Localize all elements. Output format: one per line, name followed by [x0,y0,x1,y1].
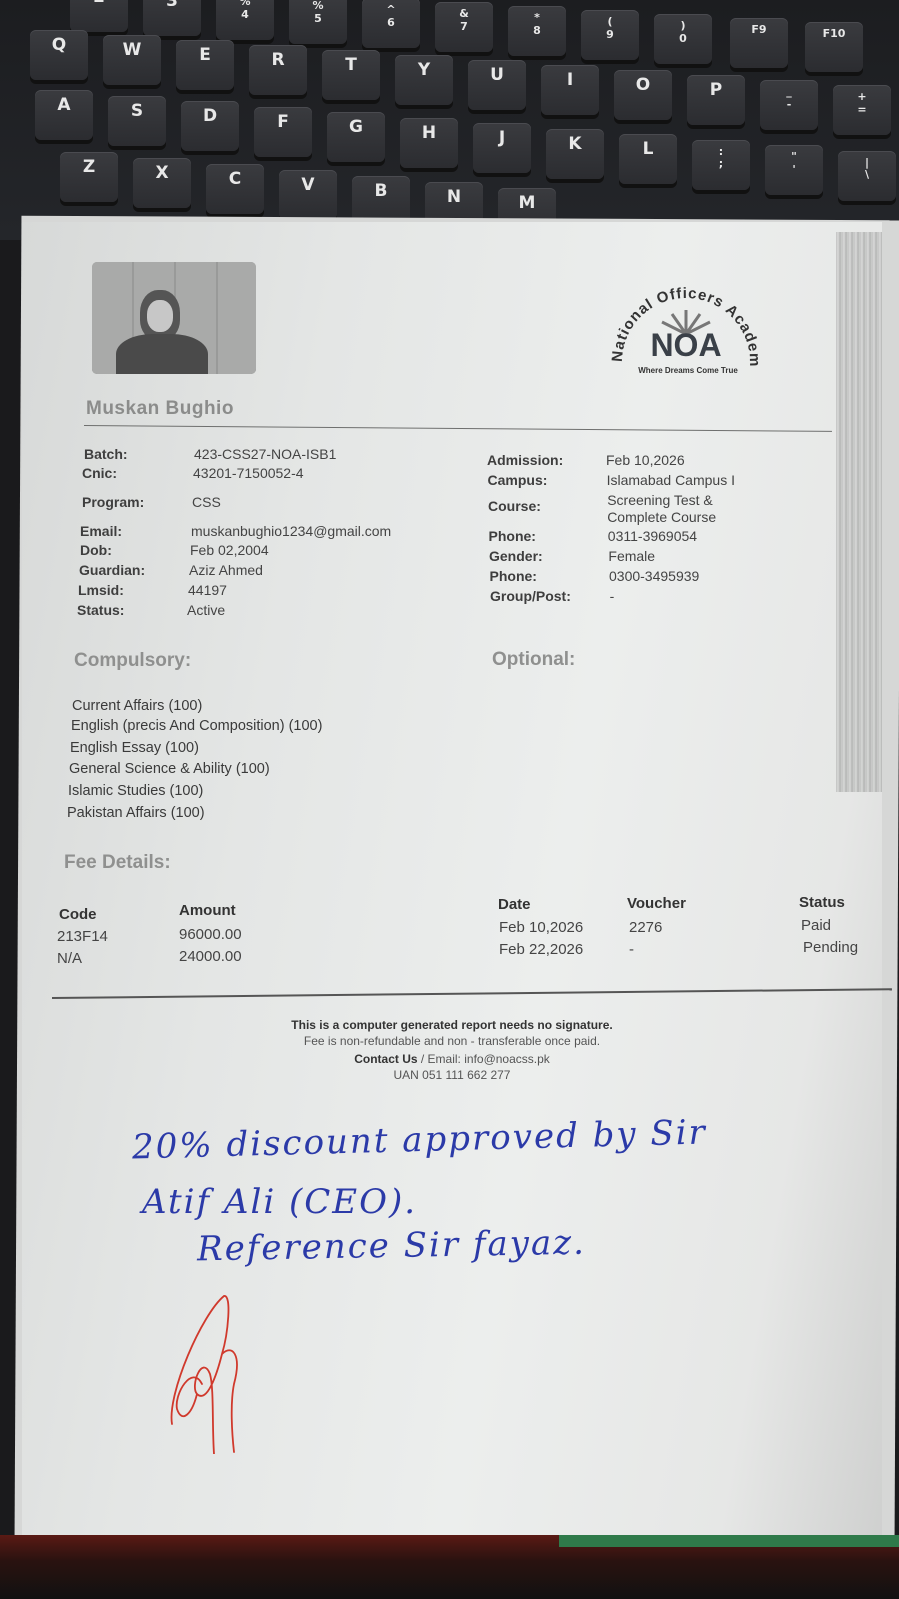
keyboard-key: F [254,107,312,157]
detail-label: Email: [80,523,122,539]
fee-cell-voucher: 2276 [629,919,662,936]
detail-label: Guardian: [79,562,145,578]
noa-logo: National Officers Academy NOA Where Drea… [600,270,760,390]
detail-value: Screening Test & Complete Course [607,492,716,526]
fee-column-voucher: Voucher [627,895,686,912]
keyboard-key: H [400,118,458,168]
keyboard-key: 2 [70,0,128,32]
keyboard-key: Y [395,55,453,105]
detail-label: Phone: [490,568,537,584]
detail-value: 0300-3495939 [609,568,699,585]
compulsory-subject: Islamic Studies (100) [68,783,203,799]
logo-tagline: Where Dreams Come True [638,366,738,375]
fee-column-date: Date [498,896,531,913]
keyboard-background: 23% 4% 5^ 6& 7* 8( 9) 0F9F10QWERTYUIOP_ … [0,0,899,240]
fee-cell-status: Pending [803,939,858,956]
keyboard-key: : ; [692,140,750,190]
keyboard-key: & 7 [435,2,493,52]
detail-value: Aziz Ahmed [189,562,263,578]
keyboard-key: I [541,65,599,115]
detail-value: Female [608,548,655,565]
fee-details-heading: Fee Details: [64,852,171,874]
keyboard-key: F10 [805,22,863,72]
detail-value: Active [187,602,225,618]
keyboard-key: % 4 [216,0,274,40]
fee-cell-date: Feb 22,2026 [499,941,583,958]
contact-email: / Email: info@noacss.pk [418,1052,550,1066]
detail-label: Status: [77,602,124,618]
keyboard-key: S [108,96,166,146]
detail-value: CSS [192,494,221,510]
detail-label: Phone: [489,528,536,544]
detail-label: Dob: [80,542,112,558]
compulsory-subject: English Essay (100) [70,740,199,756]
keyboard-key: K [546,129,604,179]
optional-heading: Optional: [492,649,575,671]
detail-value: - [610,588,615,605]
keyboard-key: D [181,101,239,151]
keyboard-key: ^ 6 [362,0,420,48]
keyboard-key: | \ [838,151,896,201]
detail-value: 0311-3969054 [608,528,697,545]
keyboard-key: O [614,70,672,120]
contact-label: Contact Us [354,1052,417,1066]
fee-cell-code: 213F14 [57,928,108,945]
keyboard-key: ( 9 [581,10,639,60]
fee-column-status: Status [799,894,845,911]
keyboard-key: W [103,35,161,85]
keyboard-key: _ - [760,80,818,130]
keyboard-key: A [35,90,93,140]
keyboard-key: X [133,158,191,208]
keyboard-key: Z [60,152,118,202]
fee-cell-amount: 96000.00 [179,926,242,943]
detail-label: Admission: [487,452,563,468]
name-divider [84,425,832,432]
compulsory-subject: Current Affairs (100) [72,698,202,714]
keyboard-key: R [249,45,307,95]
keyboard-key: C [206,164,264,214]
compulsory-subject: English (precis And Composition) (100) [71,718,322,734]
keyboard-key: P [687,75,745,125]
detail-label: Lmsid: [78,582,124,598]
detail-label: Batch: [84,446,128,462]
detail-value: 423-CSS27-NOA-ISB1 [194,446,336,462]
keyboard-key: L [619,134,677,184]
keyboard-key: * 8 [508,6,566,56]
keyboard-key: T [322,50,380,100]
detail-label: Cnic: [82,465,117,481]
student-name: Muskan Bughio [86,398,234,420]
keyboard-key: V [279,170,337,220]
footer-uan: UAN 051 111 662 277 [22,1068,882,1082]
student-report-sheet: National Officers Academy NOA Where Drea… [22,222,882,1542]
detail-label: Group/Post: [490,588,571,604]
fee-cell-code: N/A [57,950,82,967]
keyboard-key: % 5 [289,0,347,44]
fee-cell-status: Paid [801,917,831,934]
keyboard-key: ) 0 [654,14,712,64]
handwritten-note-line-1: 20% discount approved by Sir [132,1112,708,1167]
footer-contact: Contact Us / Email: info@noacss.pk [22,1052,882,1066]
keyboard-key: Q [30,30,88,80]
detail-value: muskanbughio1234@gmail.com [191,523,391,539]
student-photo [92,262,256,374]
fee-column-code: Code [59,906,97,923]
detail-value: 43201-7150052-4 [193,465,304,481]
detail-label: Campus: [488,472,548,488]
detail-value: 44197 [188,582,227,598]
keyboard-key: E [176,40,234,90]
compulsory-heading: Compulsory: [74,650,191,672]
fee-column-amount: Amount [179,902,236,919]
handwritten-note-line-3: Reference Sir fayaz. [197,1223,587,1270]
detail-value: Feb 10,2026 [606,452,685,469]
keyboard-key: 3 [143,0,201,36]
desk-edge [0,1535,899,1599]
keyboard-key: U [468,60,526,110]
handwritten-signature [162,1294,262,1454]
fee-cell-date: Feb 10,2026 [499,919,583,936]
keyboard-key: " ' [765,145,823,195]
keyboard-key: F9 [730,18,788,68]
keyboard-key: + = [833,85,891,135]
detail-value: Islamabad Campus I [607,472,735,489]
footer-line-2: Fee is non-refundable and non - transfer… [22,1034,882,1048]
fee-cell-voucher: - [629,941,634,958]
footer-divider [52,988,892,998]
fee-cell-amount: 24000.00 [179,948,242,965]
keyboard-key: J [473,123,531,173]
handwritten-note-line-2: Atif Ali (CEO). [142,1182,417,1222]
detail-label: Program: [82,494,144,510]
detail-label: Course: [488,498,541,514]
detail-label: Gender: [489,548,543,564]
logo-mark: NOA [650,327,721,363]
footer-line-1: This is a computer generated report need… [22,1018,882,1032]
compulsory-subject: General Science & Ability (100) [69,761,270,777]
detail-value: Feb 02,2004 [190,542,269,558]
compulsory-subject: Pakistan Affairs (100) [67,805,205,821]
keyboard-key: G [327,112,385,162]
paper-stack-edge [836,232,882,792]
